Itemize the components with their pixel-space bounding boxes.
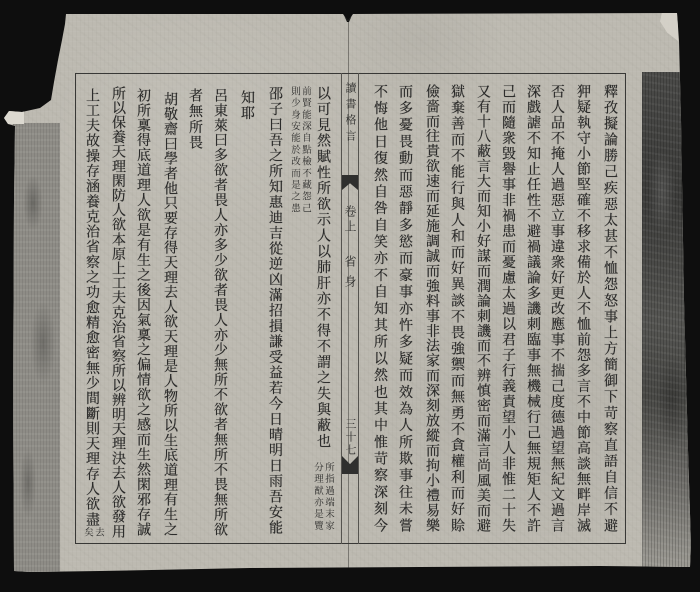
torn-edge-tab [4, 110, 24, 124]
folio-number: 三十七 [342, 418, 358, 457]
interlinear-annotation: 所指過端末家 分理猷亦是覽 [312, 462, 334, 532]
text-column: 者無所畏 [185, 88, 205, 151]
text-column: 否人品不掩人過惡立事違衆好更改應事不揣己度德過望無紀文過言 [547, 84, 567, 532]
annotation-line: 前賢能深自點檢不藏怨己 [300, 86, 311, 215]
text-column: 知耶 [237, 90, 257, 122]
text-column: 深戲謔不知止任性不避禍議論多譏刺臨事無機械行己無規矩人不許 [523, 84, 543, 532]
text-column: 釋孜擬論勝己疾惡太甚不恤怨怒事上方簡御下苛察直語自信不避 [600, 84, 620, 532]
annotation-line: 則少身安能於改而是之患 [289, 86, 300, 215]
interlinear-annotation: 去 矣 [82, 527, 104, 539]
text-column: 己而隨衆毀譽事非禍患而憂慮太過以君子行義責望小人非惟二十失 [498, 84, 518, 532]
text-column: 胡敬齋曰學者他只要存得天理去人欲天理是人物所以生底道理有生之 [160, 92, 180, 536]
text-column: 狎疑執守小節堅確不移求備於人不恤前怨多言不中節高談無畔岸滅 [573, 84, 593, 532]
text-column: 呂東萊曰多欲者畏人亦多少欲者畏人亦少無所不欲者無所不畏無所欲 [210, 88, 230, 536]
annotation-line: 去 [93, 527, 104, 539]
text-column: 以可見然賦性所欲示人以肺肝亦不得不謂之失與蔽也 [313, 86, 333, 449]
text-column: 儉嗇而往貴欲速而延施調誠而強料事非法家而深刻放縱而拘小禮易樂 [422, 84, 442, 532]
woodblock-page: 讀書格言 卷上 省身 三十七 釋孜擬論勝己疾惡太甚不恤怨怒事上方簡御下苛察直語自… [0, 0, 700, 592]
right-adjacent-page-shadow [642, 72, 694, 570]
text-column: 所以保養天理閑防人欲本原上工夫克治省察所以辨明天理決去人欲發用 [108, 86, 128, 538]
annotation-line: 矣 [82, 527, 93, 539]
text-column: 初所稟得底道理人欲是有生之後因氣稟之偏情欲之感而生然閑邪存誠 [133, 88, 153, 536]
section-label: 省身 [342, 255, 358, 295]
text-column: 不悔他日復然自咎自笑亦不自知其所以然也其中惟苛察深刻今 [370, 84, 390, 532]
left-page-edge-stain [13, 123, 60, 573]
fold-notch [343, 13, 353, 22]
text-column: 邵子曰吾之所知惠迪吉從逆凶滿招損謙受益若今日晴明日雨吾安能 [265, 86, 285, 534]
interlinear-annotation: 前賢能深自點檢不藏怨己 則少身安能於改而是之患 [289, 86, 311, 215]
book-title: 讀書格言 [342, 82, 358, 146]
torn-corner [660, 13, 678, 41]
text-column: 獄棄善而不能行與人和而好異談不畏強禦而無勇不貪權利而好賒 [447, 84, 467, 532]
annotation-line: 分理猷亦是覽 [312, 462, 323, 532]
text-column: 又有十八蔽言大而知小好謀而潤論刺譏而不辨慎密而滿言尚風美而避 [473, 84, 493, 532]
annotation-line: 所指過端末家 [323, 462, 334, 532]
text-column: 上工夫故操存涵養克治省察之功愈精愈密無少間斷則天理存人欲盡 [82, 88, 102, 526]
center-column-rule-right [358, 73, 359, 544]
text-column: 而多憂畏動而惡靜多慾而豪事亦忤多疑而效為人所欺事往未嘗 [395, 84, 415, 532]
volume-label: 卷上 [342, 205, 358, 235]
